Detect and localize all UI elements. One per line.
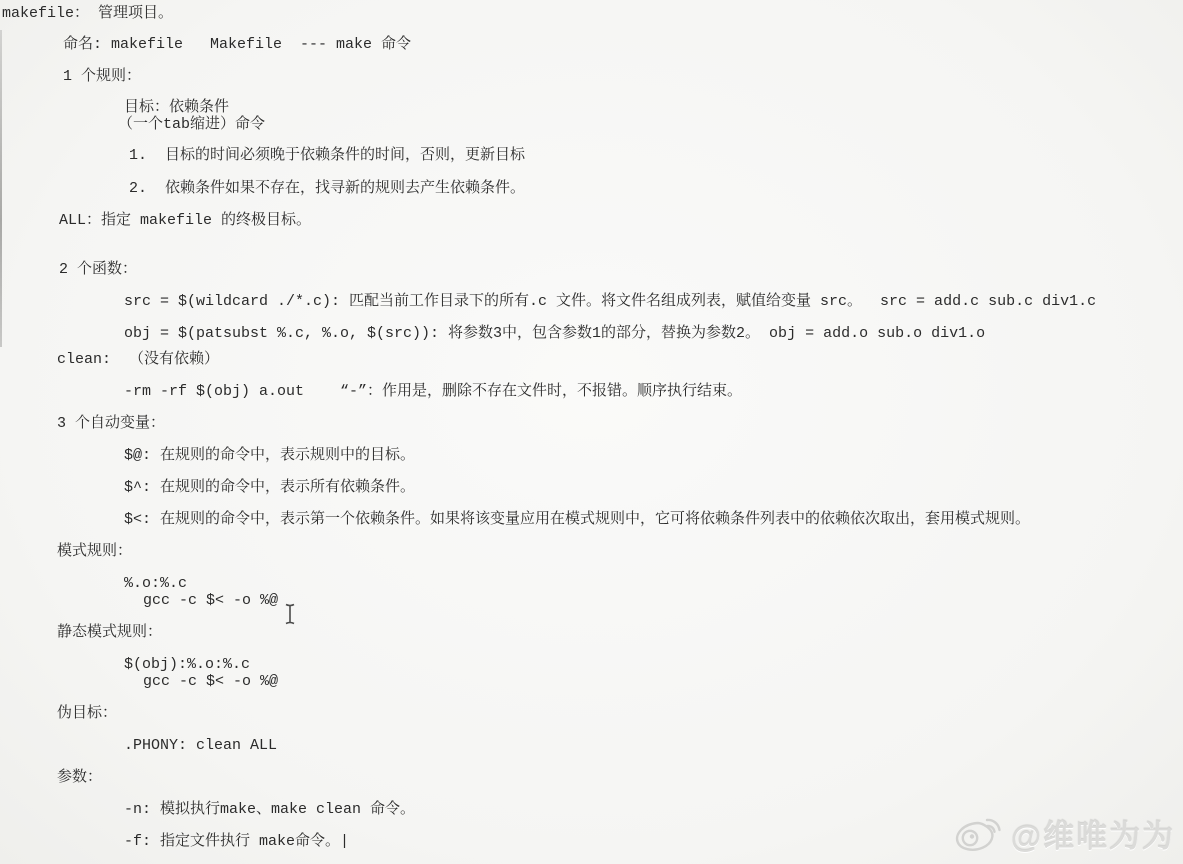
text-caret: | — [340, 833, 349, 850]
line-static-rule-command: gcc -c $< -o %@ — [143, 673, 278, 690]
param-f-text: -f: 指定文件执行 make命令。 — [124, 833, 340, 850]
line-autovar-at: $@: 在规则的命令中，表示规则中的目标。 — [124, 447, 415, 464]
line-rule-note-1: 1. 目标的时间必须晚于依赖条件的时间，否则，更新目标 — [129, 147, 525, 164]
line-param-n: -n: 模拟执行make、make clean 命令。 — [124, 801, 415, 818]
line-autovar-caret: $^: 在规则的命令中，表示所有依赖条件。 — [124, 479, 415, 496]
line-params-heading: 参数： — [57, 769, 102, 786]
text-editor-screen: makefile： 管理项目。 命名: makefile Makefile --… — [0, 0, 1183, 864]
line-phony-heading: 伪目标： — [57, 705, 117, 722]
line-rm-command: -rm -rf $(obj) a.out “-”：作用是，删除不存在文件时，不报… — [124, 383, 742, 400]
line-pattern-rule-heading: 模式规则： — [57, 543, 132, 560]
line-rule-note-2: 2. 依赖条件如果不存在，找寻新的规则去产生依赖条件。 — [129, 180, 525, 197]
line-rule-format-target: 目标：依赖条件 — [124, 99, 229, 116]
line-pattern-rule-command: gcc -c $< -o %@ — [143, 592, 278, 609]
line-autovars-heading: 3 个自动变量： — [57, 415, 165, 432]
line-patsubst-function: obj = $(patsubst %.c, %.o, $(src)): 将参数3… — [124, 325, 985, 342]
line-static-rule-target: $(obj):%.o:%.c — [124, 656, 250, 673]
line-pattern-rule-target: %.o:%.c — [124, 575, 187, 592]
line-all-target: ALL：指定 makefile 的终极目标。 — [59, 212, 311, 229]
line-phony-declaration: .PHONY: clean ALL — [124, 737, 277, 754]
left-edge-artifact — [0, 30, 2, 347]
line-rule-format-command: （一个tab缩进）命令 — [118, 116, 265, 133]
line-param-f: -f: 指定文件执行 make命令。| — [124, 833, 349, 850]
ibeam-cursor-icon — [283, 603, 297, 625]
line-functions-heading: 2 个函数： — [59, 261, 137, 278]
watermark: @维唯为为 — [953, 810, 1175, 856]
line-static-rule-heading: 静态模式规则： — [57, 624, 162, 641]
line-makefile-title: makefile： 管理项目。 — [2, 5, 173, 22]
line-clean-target: clean: （没有依赖） — [57, 351, 219, 368]
weibo-logo-icon — [953, 810, 1005, 856]
line-wildcard-function: src = $(wildcard ./*.c): 匹配当前工作目录下的所有.c … — [124, 293, 1096, 310]
line-rules-heading: 1 个规则： — [63, 68, 141, 85]
line-autovar-lt: $<: 在规则的命令中，表示第一个依赖条件。如果将该变量应用在模式规则中，它可将… — [124, 511, 1030, 528]
watermark-handle: @维唯为为 — [1011, 811, 1175, 856]
line-naming: 命名: makefile Makefile --- make 命令 — [63, 36, 411, 53]
